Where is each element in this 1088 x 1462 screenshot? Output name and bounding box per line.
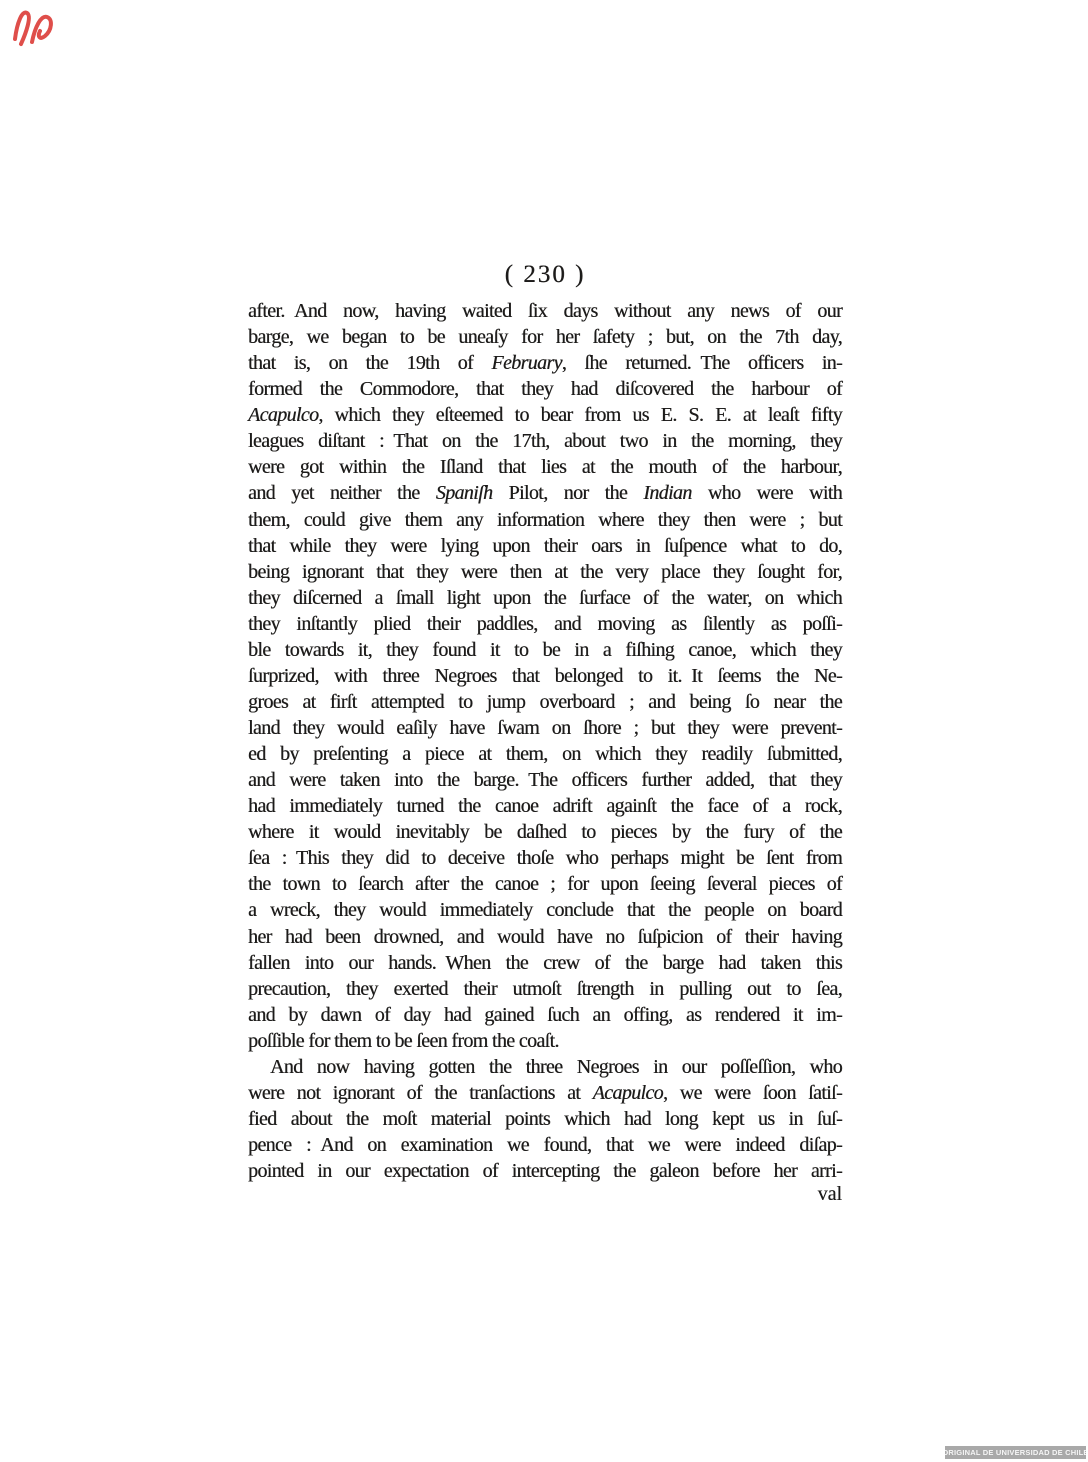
- text-line: where it would inevitably be daſhed to p…: [248, 819, 842, 845]
- text-line: they inſtantly plied their paddles, and …: [248, 611, 842, 637]
- text-line: And now having gotten the three Negroes …: [248, 1054, 842, 1080]
- text-line: and were taken into the barge. The offic…: [248, 767, 842, 793]
- text-line: her had been drowned, and would have no …: [248, 924, 842, 950]
- text-line: fallen into our hands. When the crew of …: [248, 950, 842, 976]
- page-number-header: ( 230 ): [248, 261, 842, 289]
- text-line: groes at firſt attempted to jump overboa…: [248, 689, 842, 715]
- text-line: Acapulco, which they eſteemed to bear fr…: [248, 402, 842, 428]
- text-line: leagues diſtant : That on the 17th, abou…: [248, 428, 842, 454]
- text-line: after. And now, having waited ſix days w…: [248, 298, 842, 324]
- text-line: poſſible for them to be ſeen from the co…: [248, 1028, 842, 1054]
- text-line: land they would eaſily have ſwam on ſhor…: [248, 715, 842, 741]
- text-line: the town to ſearch after the canoe ; for…: [248, 871, 842, 897]
- text-line: had immediately turned the canoe adrift …: [248, 793, 842, 819]
- text-line: that is, on the 19th of February, ſhe re…: [248, 350, 842, 376]
- text-line: and yet neither the Spaniſh Pilot, nor t…: [248, 480, 842, 506]
- text-line: them, could give them any information wh…: [248, 507, 842, 533]
- text-line: and by dawn of day had gained ſuch an of…: [248, 1002, 842, 1028]
- text-block: after. And now, having waited ſix days w…: [248, 298, 842, 1184]
- red-ink-scribble: [7, 3, 65, 55]
- text-line: ble towards it, they found it to be in a…: [248, 637, 842, 663]
- text-line: pointed in our expectation of intercepti…: [248, 1158, 842, 1184]
- text-line: that while they were lying upon their oa…: [248, 533, 842, 559]
- text-line: were got within the Iſland that lies at …: [248, 454, 842, 480]
- text-line: they diſcerned a ſmall light upon the ſu…: [248, 585, 842, 611]
- text-line: were not ignorant of the tranſactions at…: [248, 1080, 842, 1106]
- text-line: ſea : This they did to deceive thoſe who…: [248, 845, 842, 871]
- text-line: formed the Commodore, that they had diſc…: [248, 376, 842, 402]
- text-line: being ignorant that they were then at th…: [248, 559, 842, 585]
- text-line: ſurprized, with three Negroes that belon…: [248, 663, 842, 689]
- catchword: val: [248, 1183, 842, 1206]
- text-line: ed by preſenting a piece at them, on whi…: [248, 741, 842, 767]
- text-line: a wreck, they would immediately conclude…: [248, 897, 842, 923]
- library-watermark-badge: ORIGINAL DE UNIVERSIDAD DE CHILE: [945, 1446, 1086, 1459]
- book-page-scan: ( 230 ) after. And now, having waited ſi…: [0, 0, 1088, 1462]
- text-line: barge, we began to be uneaſy for her ſaf…: [248, 324, 842, 350]
- text-line: fied about the moſt material points whic…: [248, 1106, 842, 1132]
- text-line: pence : And on examination we found, tha…: [248, 1132, 842, 1158]
- text-line: precaution, they exerted their utmoſt ſt…: [248, 976, 842, 1002]
